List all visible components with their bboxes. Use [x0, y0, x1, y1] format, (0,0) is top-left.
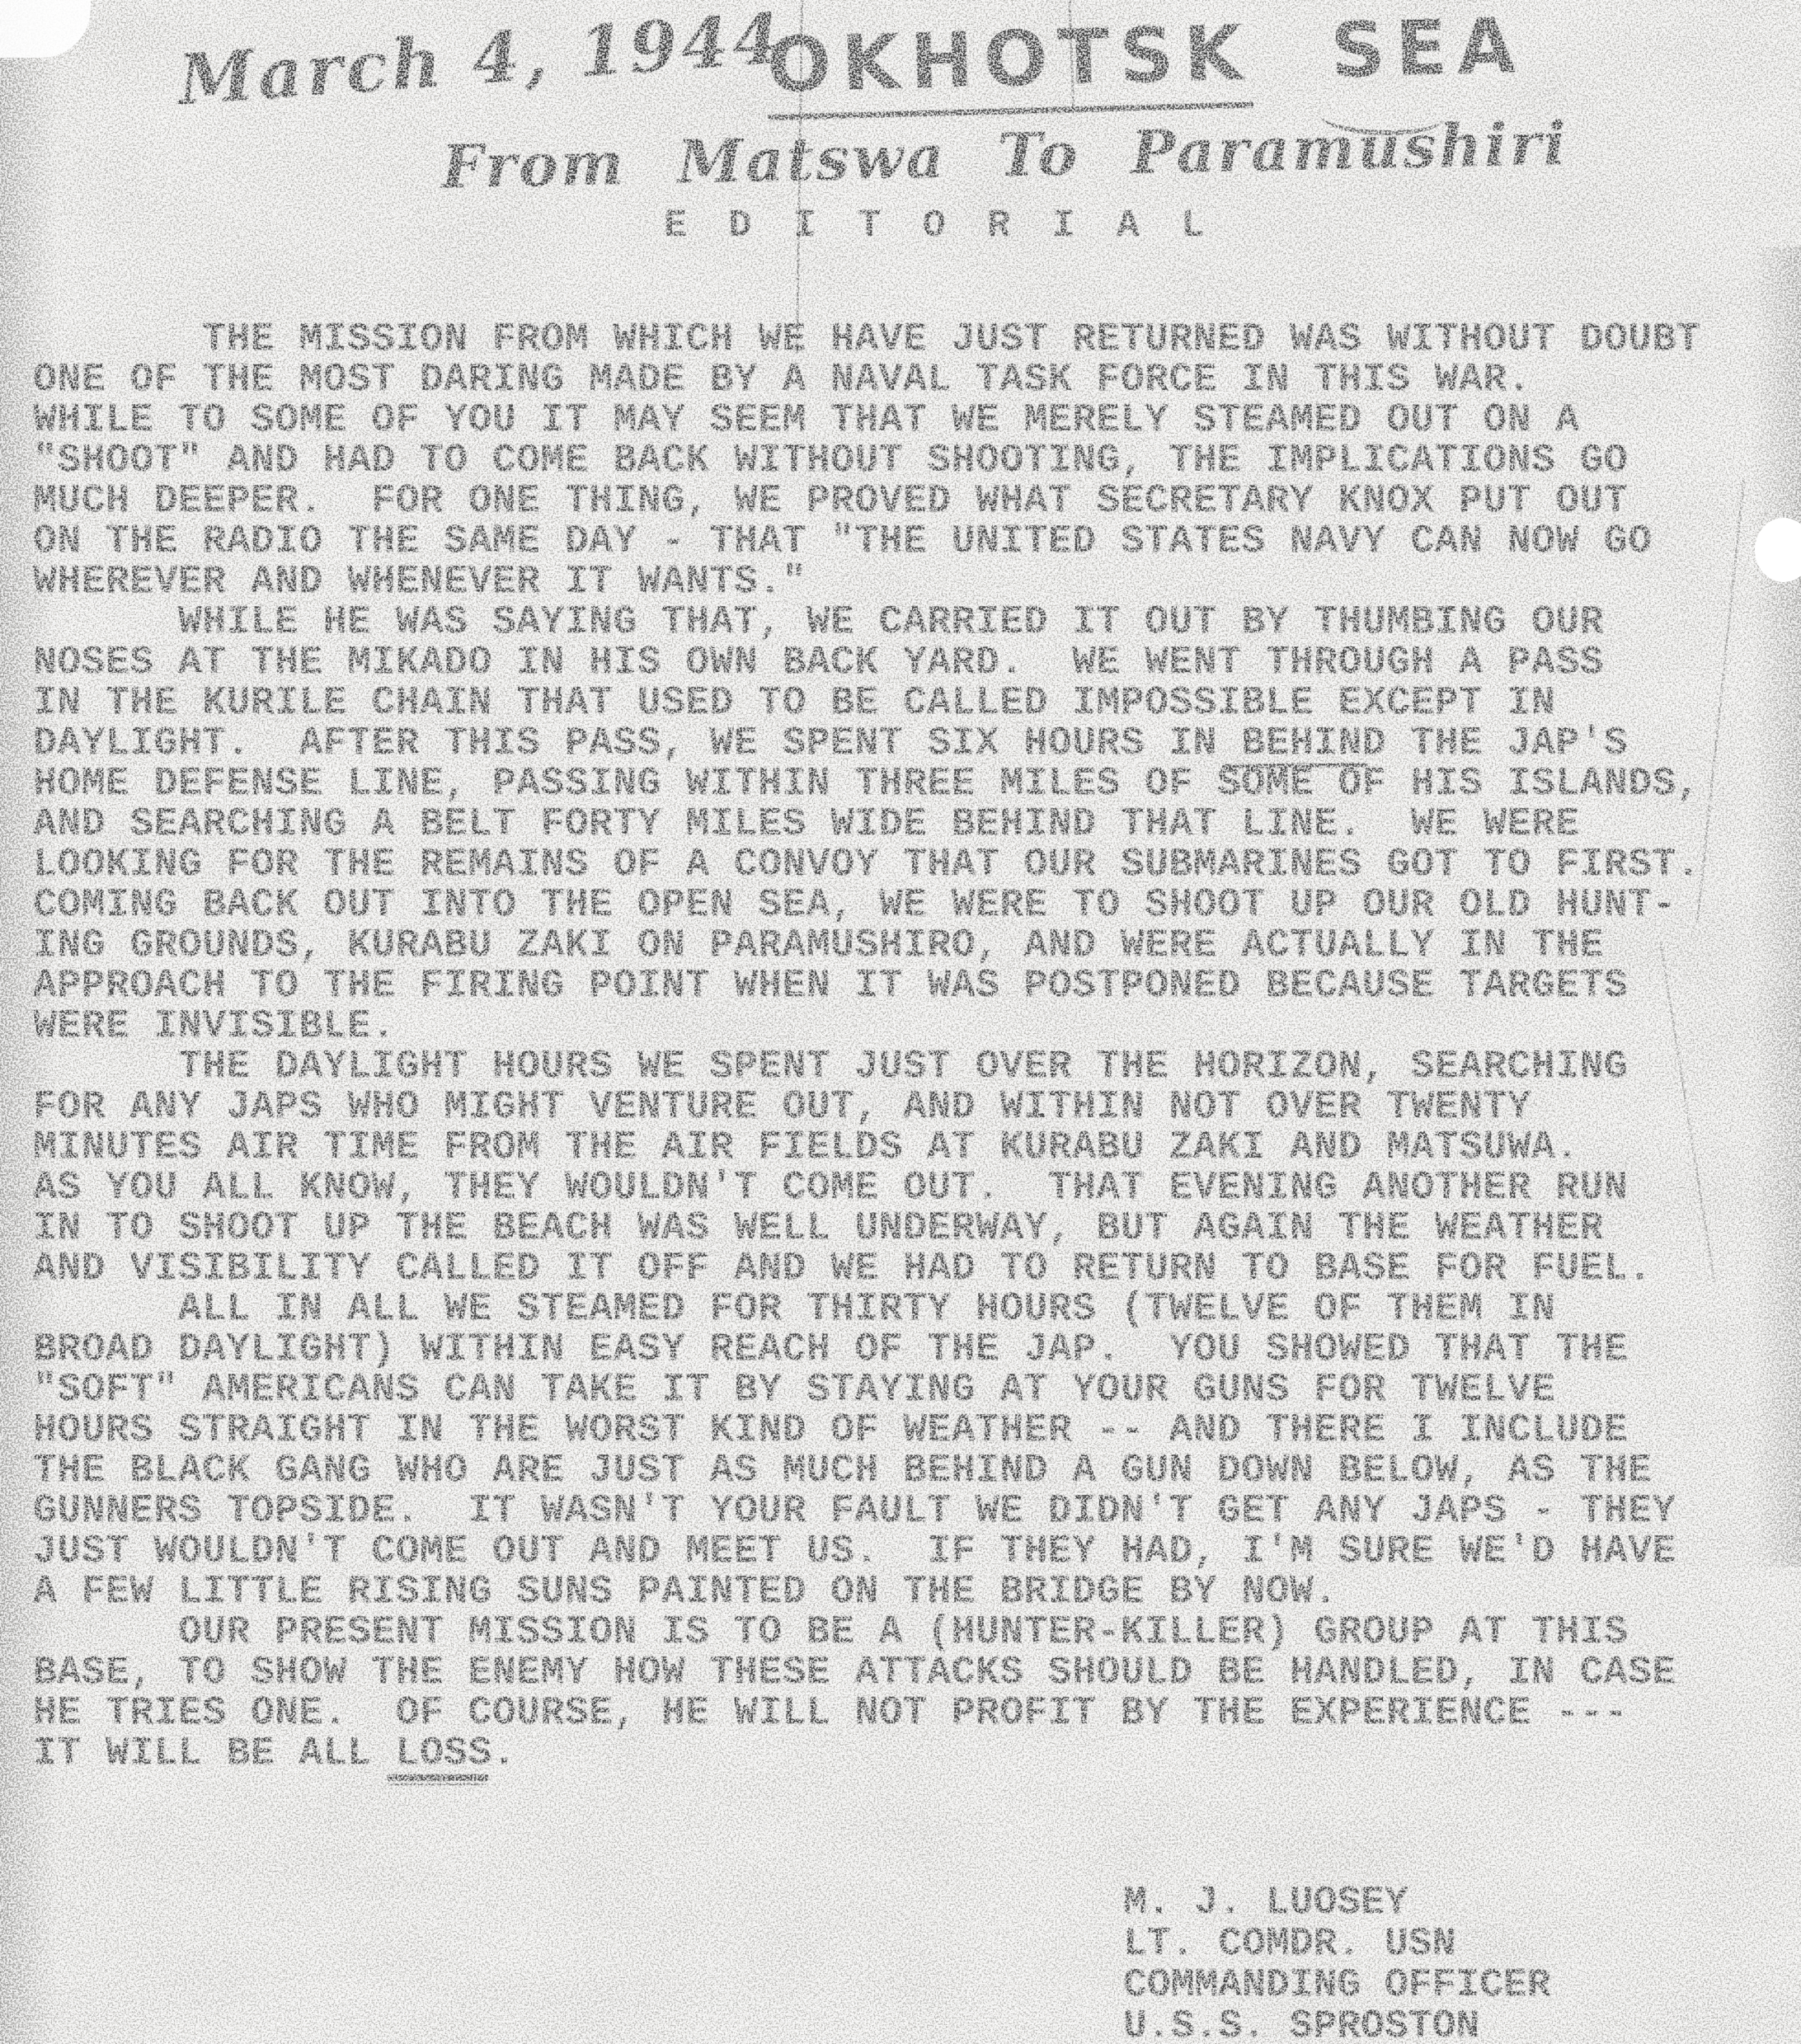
signature-name: M. J. LUOSEY [1123, 1882, 1550, 1924]
signature-ship: U.S.S. SPROSTON [1123, 2006, 1550, 2044]
editorial-heading: E D I T O R I A L [664, 204, 1213, 248]
paragraph: ALL IN ALL WE STEAMED FOR THIRTY HOURS (… [33, 1290, 1773, 1613]
title-word-okhotsk: OKHOTSK [766, 9, 1254, 120]
signature-rank: LT. COMDR. USN [1123, 1924, 1550, 1965]
document-body: THE MISSION FROM WHICH WE HAVE JUST RETU… [33, 320, 1773, 1774]
underline-mark-loss [388, 1774, 488, 1781]
paragraph: THE DAYLIGHT HOURS WE SPENT JUST OVER TH… [33, 1047, 1773, 1290]
title-word-sea: SEA [1329, 2, 1526, 95]
paragraph: THE MISSION FROM WHICH WE HAVE JUST RETU… [33, 320, 1773, 603]
handwritten-route: From Matswa To Paramushiri [440, 102, 1801, 201]
signature-title: COMMANDING OFFICER [1123, 1965, 1550, 2006]
document-content: March 4, 1944 OKHOTSK SEA From Matswa To… [0, 0, 1801, 2044]
scanned-document-page: March 4, 1944 OKHOTSK SEA From Matswa To… [0, 0, 1801, 2044]
signature-block: M. J. LUOSEY LT. COMDR. USN COMMANDING O… [1123, 1882, 1550, 2044]
paragraph: WHILE HE WAS SAYING THAT, WE CARRIED IT … [33, 603, 1773, 1047]
paragraph: OUR PRESENT MISSION IS TO BE A (HUNTER-K… [33, 1613, 1773, 1774]
handwritten-date: March 4, 1944 [175, 0, 786, 121]
